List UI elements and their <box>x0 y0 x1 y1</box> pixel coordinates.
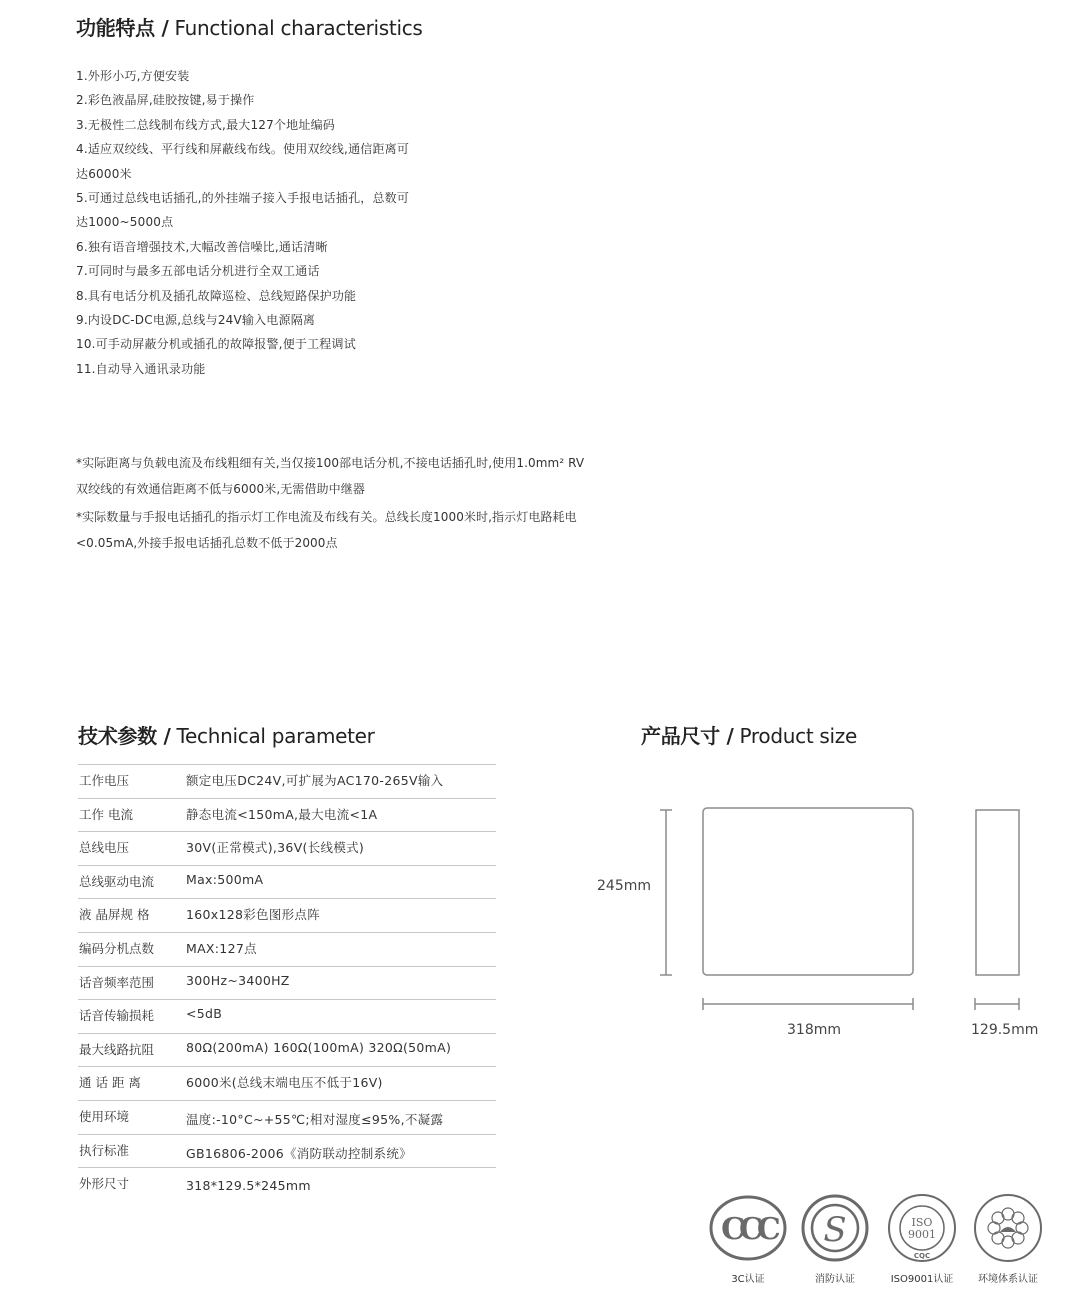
table-row: 话音传输损耗 <5dB <box>78 999 496 1033</box>
table-row: 总线驱动电流Max:500mA <box>78 865 496 899</box>
param-key: 话音传输损耗 <box>79 1006 154 1024</box>
width-label: 318mm <box>787 1022 841 1038</box>
feature-item: 2.彩色液晶屏,硅胶按键,易于操作 <box>76 88 636 112</box>
ccc-icon: CCC <box>708 1194 788 1262</box>
svg-text:CCC: CCC <box>721 1212 780 1247</box>
svg-text:CQC: CQC <box>914 1252 930 1260</box>
table-row: 编码分机点数MAX:127点 <box>78 932 496 966</box>
size-title-en: Product size <box>733 724 857 748</box>
footnotes: *实际距离与负载电流及布线粗细有关,当仅接100部电话分机,不接电话插孔时,使用… <box>76 450 636 556</box>
param-value: 160x128彩色图形点阵 <box>186 905 320 923</box>
param-value: 300Hz~3400HZ <box>186 973 290 988</box>
feature-item: 11.自动导入通讯录功能 <box>76 357 636 381</box>
feature-item: 10.可手动屏蔽分机或插孔的故障报警,便于工程调试 <box>76 332 636 356</box>
tech-title-en: Technical parameter <box>170 724 374 748</box>
feature-item: 8.具有电话分机及插孔故障巡检、总线短路保护功能 <box>76 284 636 308</box>
param-value: 6000米(总线末端电压不低于16V) <box>186 1073 383 1091</box>
features-title-en: Functional characteristics <box>168 16 422 40</box>
param-key: 话音频率范围 <box>79 973 154 991</box>
cert-label: 3C认证 <box>708 1270 788 1285</box>
cert-fire: S 消防认证 <box>795 1194 875 1285</box>
tech-title: 技术参数 / Technical parameter <box>78 720 375 749</box>
param-value: 温度:-10°C~+55℃;相对湿度≤95%,不凝露 <box>186 1110 443 1128</box>
feature-item: 9.内设DC-DC电源,总线与24V输入电源隔离 <box>76 308 636 332</box>
table-row: 液 晶屏规 格160x128彩色图形点阵 <box>78 898 496 932</box>
fire-s-icon: S <box>795 1194 875 1262</box>
footnote-line: *实际距离与负载电流及布线粗细有关,当仅接100部电话分机,不接电话插孔时,使用… <box>76 450 636 476</box>
features-title-cn: 功能特点 / <box>76 16 168 40</box>
iso9001-icon: ISO 9001 CQC <box>882 1194 962 1262</box>
features-title: 功能特点 / Functional characteristics <box>76 12 423 41</box>
cert-label: ISO9001认证 <box>882 1270 962 1285</box>
features-list: 1.外形小巧,方便安装 2.彩色液晶屏,硅胶按键,易于操作 3.无极性二总线制布… <box>76 64 636 381</box>
param-key: 编码分机点数 <box>79 939 154 957</box>
param-key: 总线驱动电流 <box>79 872 154 890</box>
table-row: 通 话 距 离6000米(总线末端电压不低于16V) <box>78 1066 496 1100</box>
param-value: 静态电流<150mA,最大电流<1A <box>186 805 377 823</box>
param-value: GB16806-2006《消防联动控制系统》 <box>186 1144 412 1162</box>
cert-label: 消防认证 <box>795 1270 875 1285</box>
cert-iso: ISO 9001 CQC ISO9001认证 <box>882 1194 962 1285</box>
feature-item: 达6000米 <box>76 162 636 186</box>
cert-3c: CCC 3C认证 <box>708 1194 788 1285</box>
param-value: <5dB <box>186 1006 222 1021</box>
param-value: 额定电压DC24V,可扩展为AC170-265V输入 <box>186 771 443 789</box>
param-value: 30V(正常模式),36V(长线模式) <box>186 838 364 856</box>
cert-label: 环境体系认证 <box>968 1270 1048 1285</box>
feature-item: 4.适应双绞线、平行线和屏蔽线布线。使用双绞线,通信距离可 <box>76 137 636 161</box>
param-value: MAX:127点 <box>186 939 257 957</box>
feature-item: 达1000~5000点 <box>76 210 636 234</box>
param-key: 执行标准 <box>79 1141 129 1159</box>
tech-title-cn: 技术参数 / <box>78 724 170 748</box>
feature-item: 5.可通过总线电话插孔,的外挂端子接入手报电话插孔，总数可 <box>76 186 636 210</box>
front-view-outline <box>703 808 913 975</box>
environment-icon <box>968 1194 1048 1262</box>
product-size-drawing <box>590 790 1060 990</box>
depth-label: 129.5mm <box>971 1022 1038 1038</box>
footnote-line: <0.05mA,外接手报电话插孔总数不低于2000点 <box>76 530 636 556</box>
footnote-line: 双绞线的有效通信距离不低与6000米,无需借助中继器 <box>76 476 636 502</box>
height-dimension-line <box>660 810 672 975</box>
table-row: 工作 电流静态电流<150mA,最大电流<1A <box>78 798 496 832</box>
param-value: Max:500mA <box>186 872 263 887</box>
param-key: 使用环境 <box>79 1107 129 1125</box>
feature-item: 3.无极性二总线制布线方式,最大127个地址编码 <box>76 113 636 137</box>
param-value: 80Ω(200mA) 160Ω(100mA) 320Ω(50mA) <box>186 1040 451 1055</box>
size-title: 产品尺寸 / Product size <box>641 720 857 749</box>
param-key: 液 晶屏规 格 <box>79 905 149 923</box>
param-value: 318*129.5*245mm <box>186 1178 311 1193</box>
footnote-line: *实际数量与手报电话插孔的指示灯工作电流及布线有关。总线长度1000米时,指示灯… <box>76 504 636 530</box>
height-label: 245mm <box>597 878 651 894</box>
table-row: 话音频率范围300Hz~3400HZ <box>78 966 496 1000</box>
param-key: 工作 电流 <box>79 805 133 823</box>
param-key: 最大线路抗阻 <box>79 1040 154 1058</box>
param-key: 外形尺寸 <box>79 1174 129 1192</box>
param-key: 工作电压 <box>79 771 129 789</box>
param-key: 总线电压 <box>79 838 129 856</box>
cert-environment: 环境体系认证 <box>968 1194 1048 1285</box>
feature-item: 1.外形小巧,方便安装 <box>76 64 636 88</box>
table-row: 使用环境温度:-10°C~+55℃;相对湿度≤95%,不凝露 <box>78 1100 496 1134</box>
tech-table: 工作电压额定电压DC24V,可扩展为AC170-265V输入 工作 电流静态电流… <box>78 764 496 1201</box>
svg-text:9001: 9001 <box>908 1228 936 1241</box>
table-row: 总线电压30V(正常模式),36V(长线模式) <box>78 831 496 865</box>
size-title-cn: 产品尺寸 / <box>641 724 733 748</box>
table-row: 执行标准GB16806-2006《消防联动控制系统》 <box>78 1134 496 1168</box>
feature-item: 7.可同时与最多五部电话分机进行全双工通话 <box>76 259 636 283</box>
table-row: 最大线路抗阻80Ω(200mA) 160Ω(100mA) 320Ω(50mA) <box>78 1033 496 1067</box>
side-view-outline <box>976 810 1019 975</box>
svg-text:S: S <box>823 1210 846 1250</box>
table-row: 工作电压额定电压DC24V,可扩展为AC170-265V输入 <box>78 764 496 798</box>
feature-item: 6.独有语音增强技术,大幅改善信噪比,通话清晰 <box>76 235 636 259</box>
table-row: 外形尺寸318*129.5*245mm <box>78 1167 496 1201</box>
width-dimension-lines <box>590 990 1060 1020</box>
param-key: 通 话 距 离 <box>79 1073 141 1091</box>
